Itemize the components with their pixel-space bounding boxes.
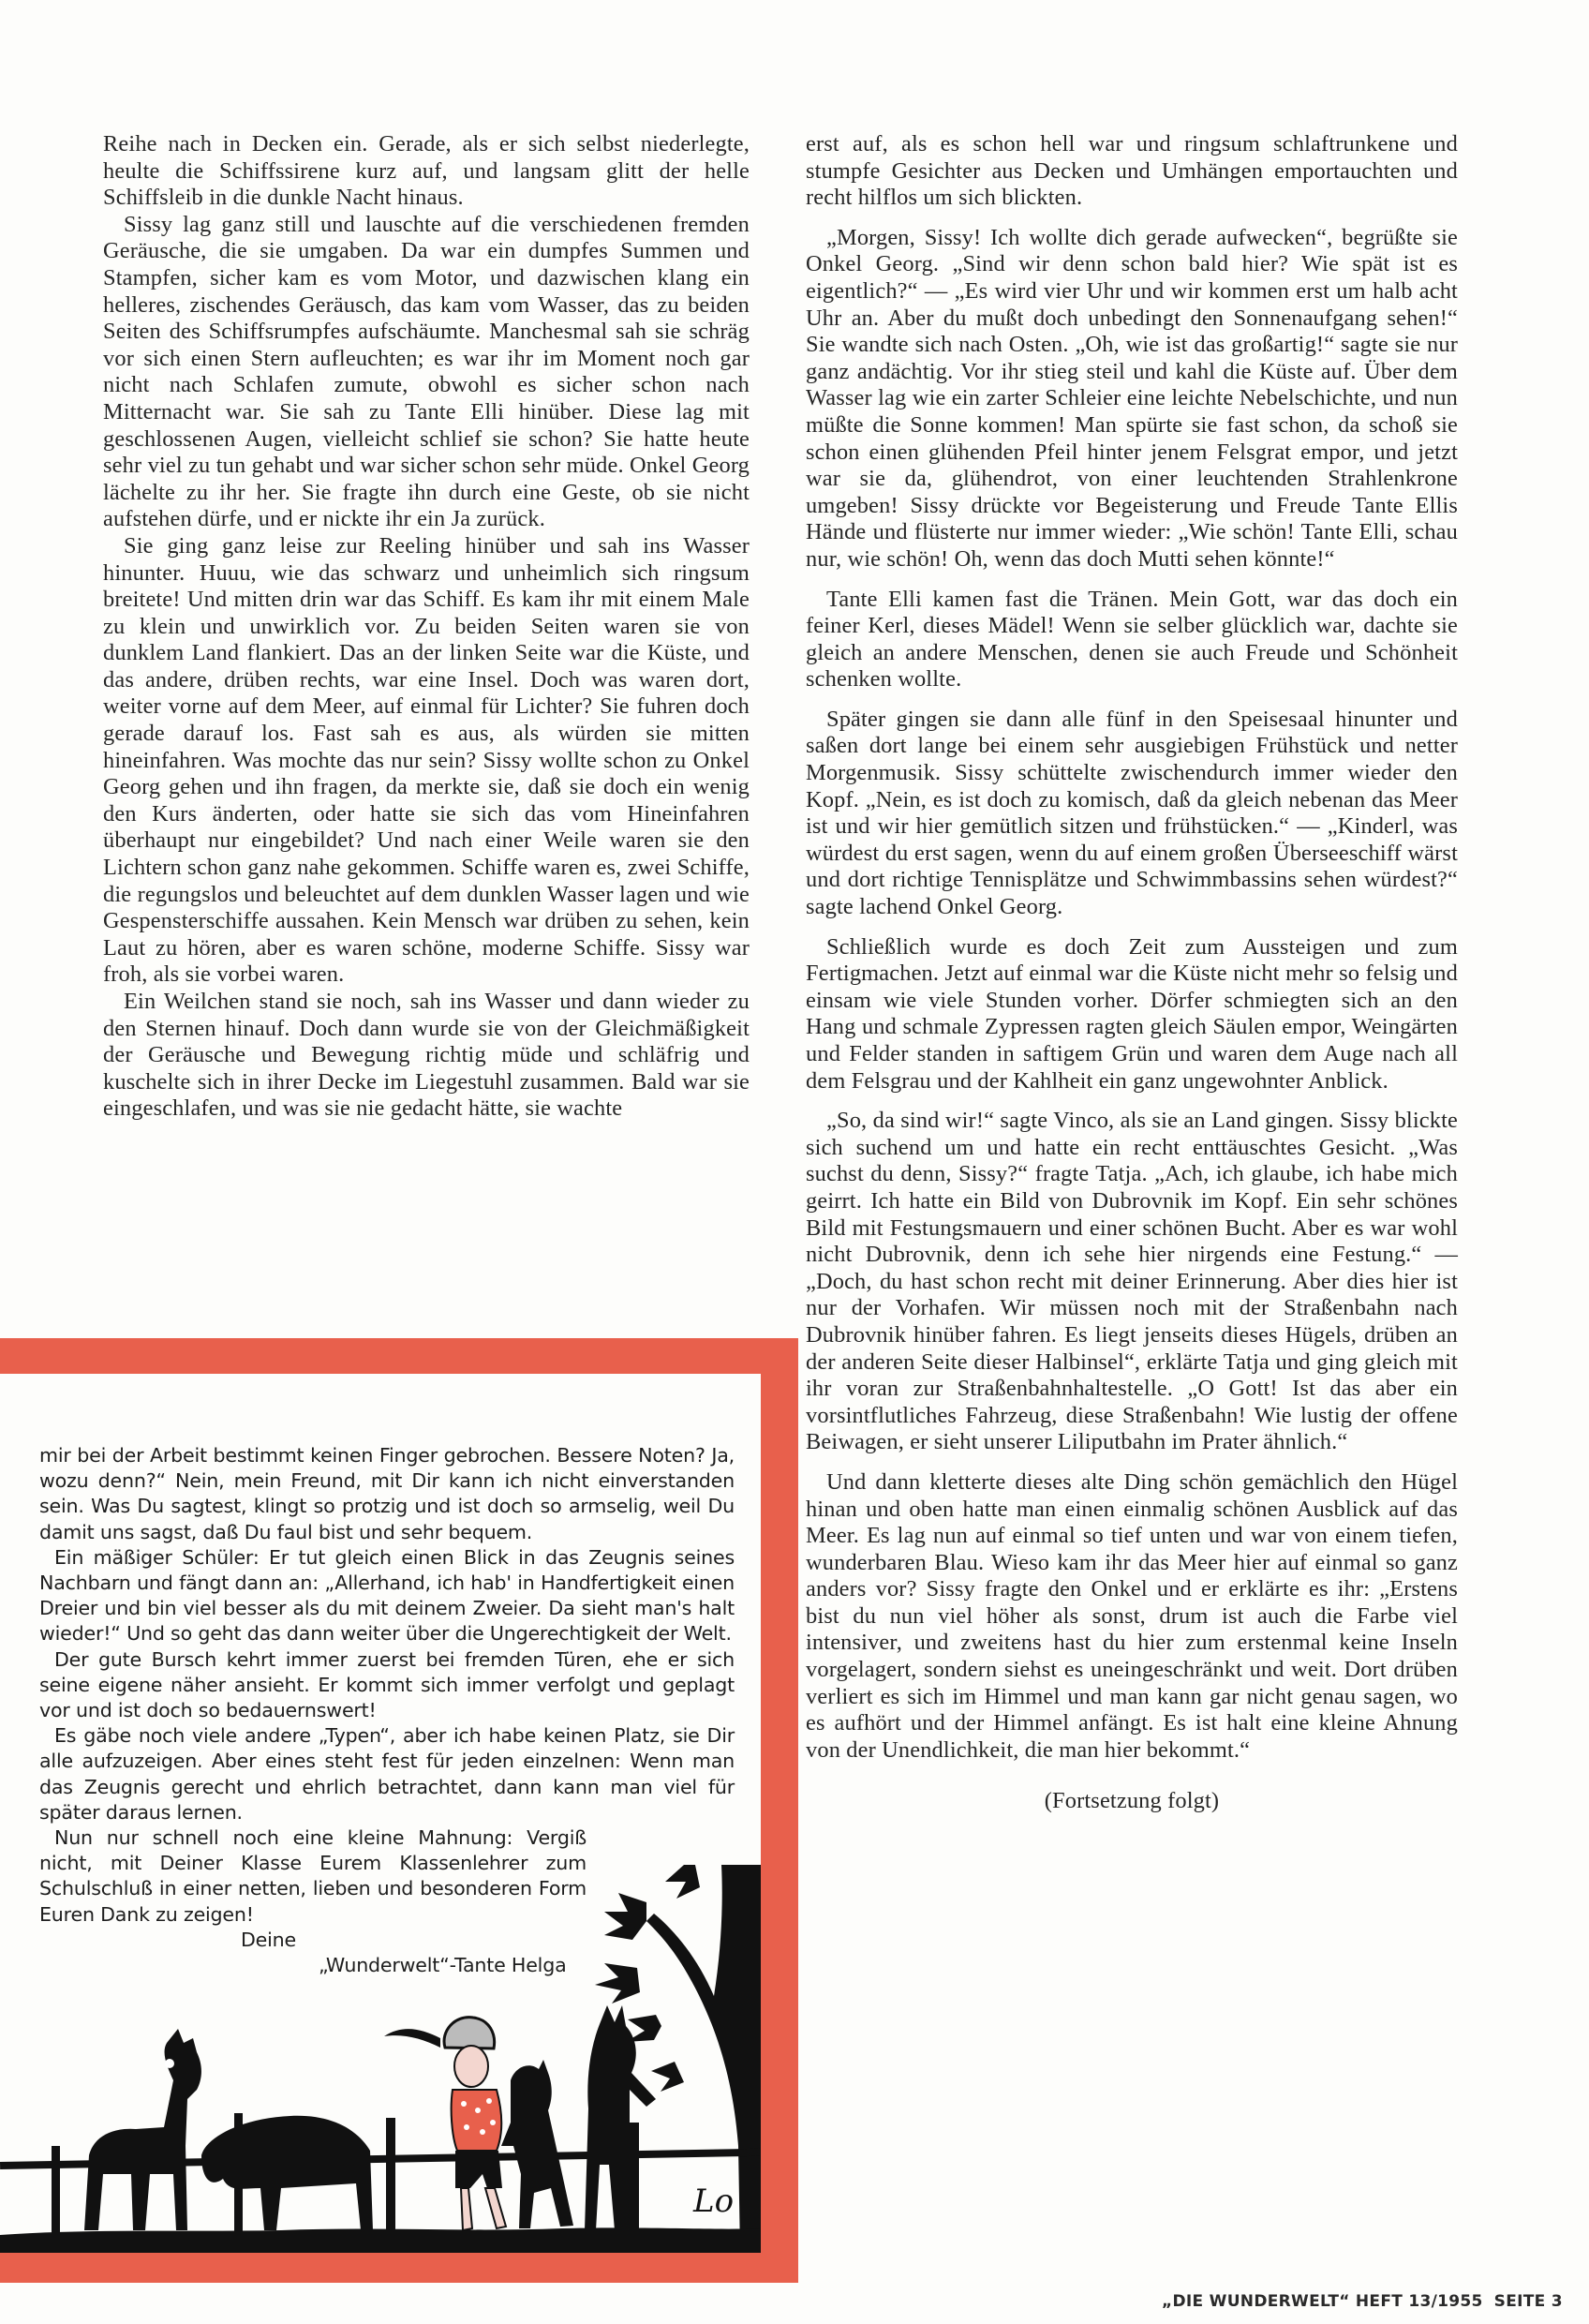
story-paragraph: Und dann kletterte dieses alte Ding schö… — [806, 1469, 1458, 1765]
letter-frame-top — [0, 1338, 798, 1374]
letter-frame-bottom — [0, 2253, 798, 2283]
svg-text:Lo: Lo — [692, 2182, 734, 2220]
letter-paragraph: Ein mäßiger Schüler: Er tut gleich einen… — [39, 1545, 735, 1647]
story-paragraph: Tante Elli kamen fast die Tränen. Mein G… — [806, 587, 1458, 693]
story-paragraph: Sie ging ganz leise zur Reeling hinüber … — [103, 533, 750, 989]
magazine-issue: „DIE WUNDERWELT“ HEFT 13/1955 — [1162, 2292, 1483, 2311]
silhouette-illustration-icon: Lo — [0, 1865, 761, 2253]
story-paragraph: „So, da sind wir!“ sagte Vinco, als sie … — [806, 1108, 1458, 1456]
letter-paragraph: mir bei der Arbeit bestimmt keinen Finge… — [39, 1443, 735, 1545]
page-number: SEITE 3 — [1494, 2292, 1563, 2311]
story-paragraph: Später gingen sie dann alle fünf in den … — [806, 707, 1458, 921]
story-paragraph: Reihe nach in Decken ein. Gerade, als er… — [103, 131, 750, 212]
page-footer: „DIE WUNDERWELT“ HEFT 13/1955SEITE 3 — [1162, 2292, 1563, 2311]
story-left-column: Reihe nach in Decken ein. Gerade, als er… — [103, 131, 750, 1123]
story-paragraph: Ein Weilchen stand sie noch, sah ins Was… — [103, 989, 750, 1123]
continuation-note: (Fortsetzung folgt) — [806, 1788, 1458, 1815]
story-paragraph: „Morgen, Sissy! Ich wollte dich gerade a… — [806, 225, 1458, 574]
story-paragraph: erst auf, als es schon hell war und ring… — [806, 131, 1458, 212]
letter-paragraph: Es gäbe noch viele andere „Typen“, aber … — [39, 1723, 735, 1825]
story-right-column: erst auf, als es schon hell war und ring… — [806, 131, 1458, 1815]
story-paragraph: Sissy lag ganz still und lauschte auf di… — [103, 212, 750, 533]
letter-frame-right — [761, 1338, 798, 2283]
story-paragraph: Schließlich wurde es doch Zeit zum Ausst… — [806, 934, 1458, 1095]
letter-paragraph: Der gute Bursch kehrt immer zuerst bei f… — [39, 1647, 735, 1724]
